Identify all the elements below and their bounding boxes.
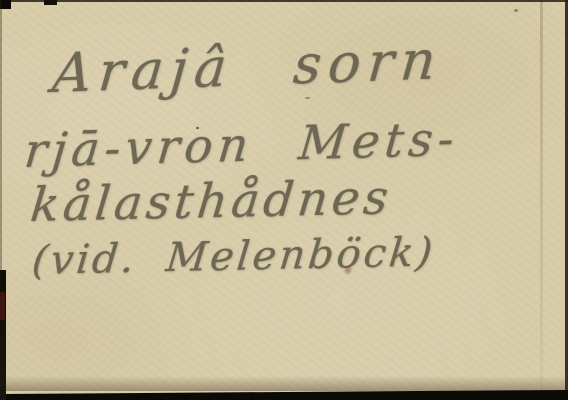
- scan-edge-notch: [44, 0, 57, 5]
- paper-crease: [540, 0, 543, 400]
- paper-speck: [196, 127, 199, 129]
- scan-edge-left: [0, 0, 2, 272]
- ink-blot: [343, 266, 353, 275]
- scan-edge-left-lower: [0, 270, 6, 400]
- scanned-handwritten-card: Arajâ sorn rjā-vron Mets- kålasthådnes (…: [0, 0, 568, 400]
- handwriting-line-3: kålasthådnes: [28, 170, 395, 233]
- paper-speck: [514, 9, 518, 12]
- paper-edge-shadow: [0, 376, 568, 391]
- scan-edge-red-mark: [0, 292, 5, 320]
- scan-edge-top: [0, 0, 568, 2]
- paper-speck: [305, 97, 310, 99]
- handwriting-line-4: (vid. Melenböck): [30, 229, 437, 284]
